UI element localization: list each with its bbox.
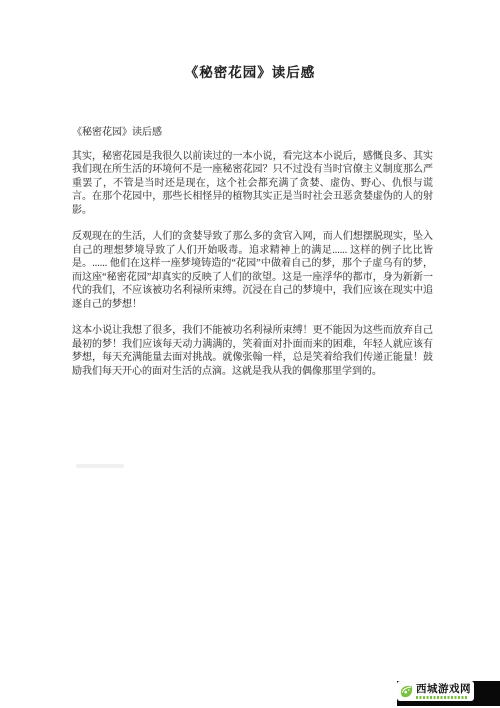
smudge-mark [76,464,124,468]
logo-tagline-strip [416,696,468,699]
site-logo-texts: 西城游戏网 [416,684,471,699]
article-subtitle: 《秘密花园》读后感 [72,126,433,140]
article-paragraph-1: 其实，秘密花园是我很久以前读过的一本小说，看完这本小说后，感慨良多、其实我们现在… [72,150,433,218]
article-body: 《秘密花园》读后感 其实，秘密花园是我很久以前读过的一本小说，看完这本小说后，感… [72,126,433,391]
site-watermark: 西城游戏网 [397,681,500,706]
article-paragraph-2: 反观现在的生活，人们的贪婪导致了那么多的贪官入网，而人们想摆脱现实，坠入自己的理… [72,230,433,311]
article-paragraph-3: 这本小说让我想了很多，我们不能被功名利禄所束缚！更不能因为这些而放弃自己最初的梦… [72,324,433,378]
site-logo-card: 西城游戏网 [397,681,474,701]
site-logo-text: 西城游戏网 [416,684,471,695]
site-logo-leaf-icon [399,684,414,699]
page-title: 《秘密花园》读后感 [0,61,500,81]
document-page: 《秘密花园》读后感 《秘密花园》读后感 其实，秘密花园是我很久以前读过的一本小说… [0,0,500,708]
